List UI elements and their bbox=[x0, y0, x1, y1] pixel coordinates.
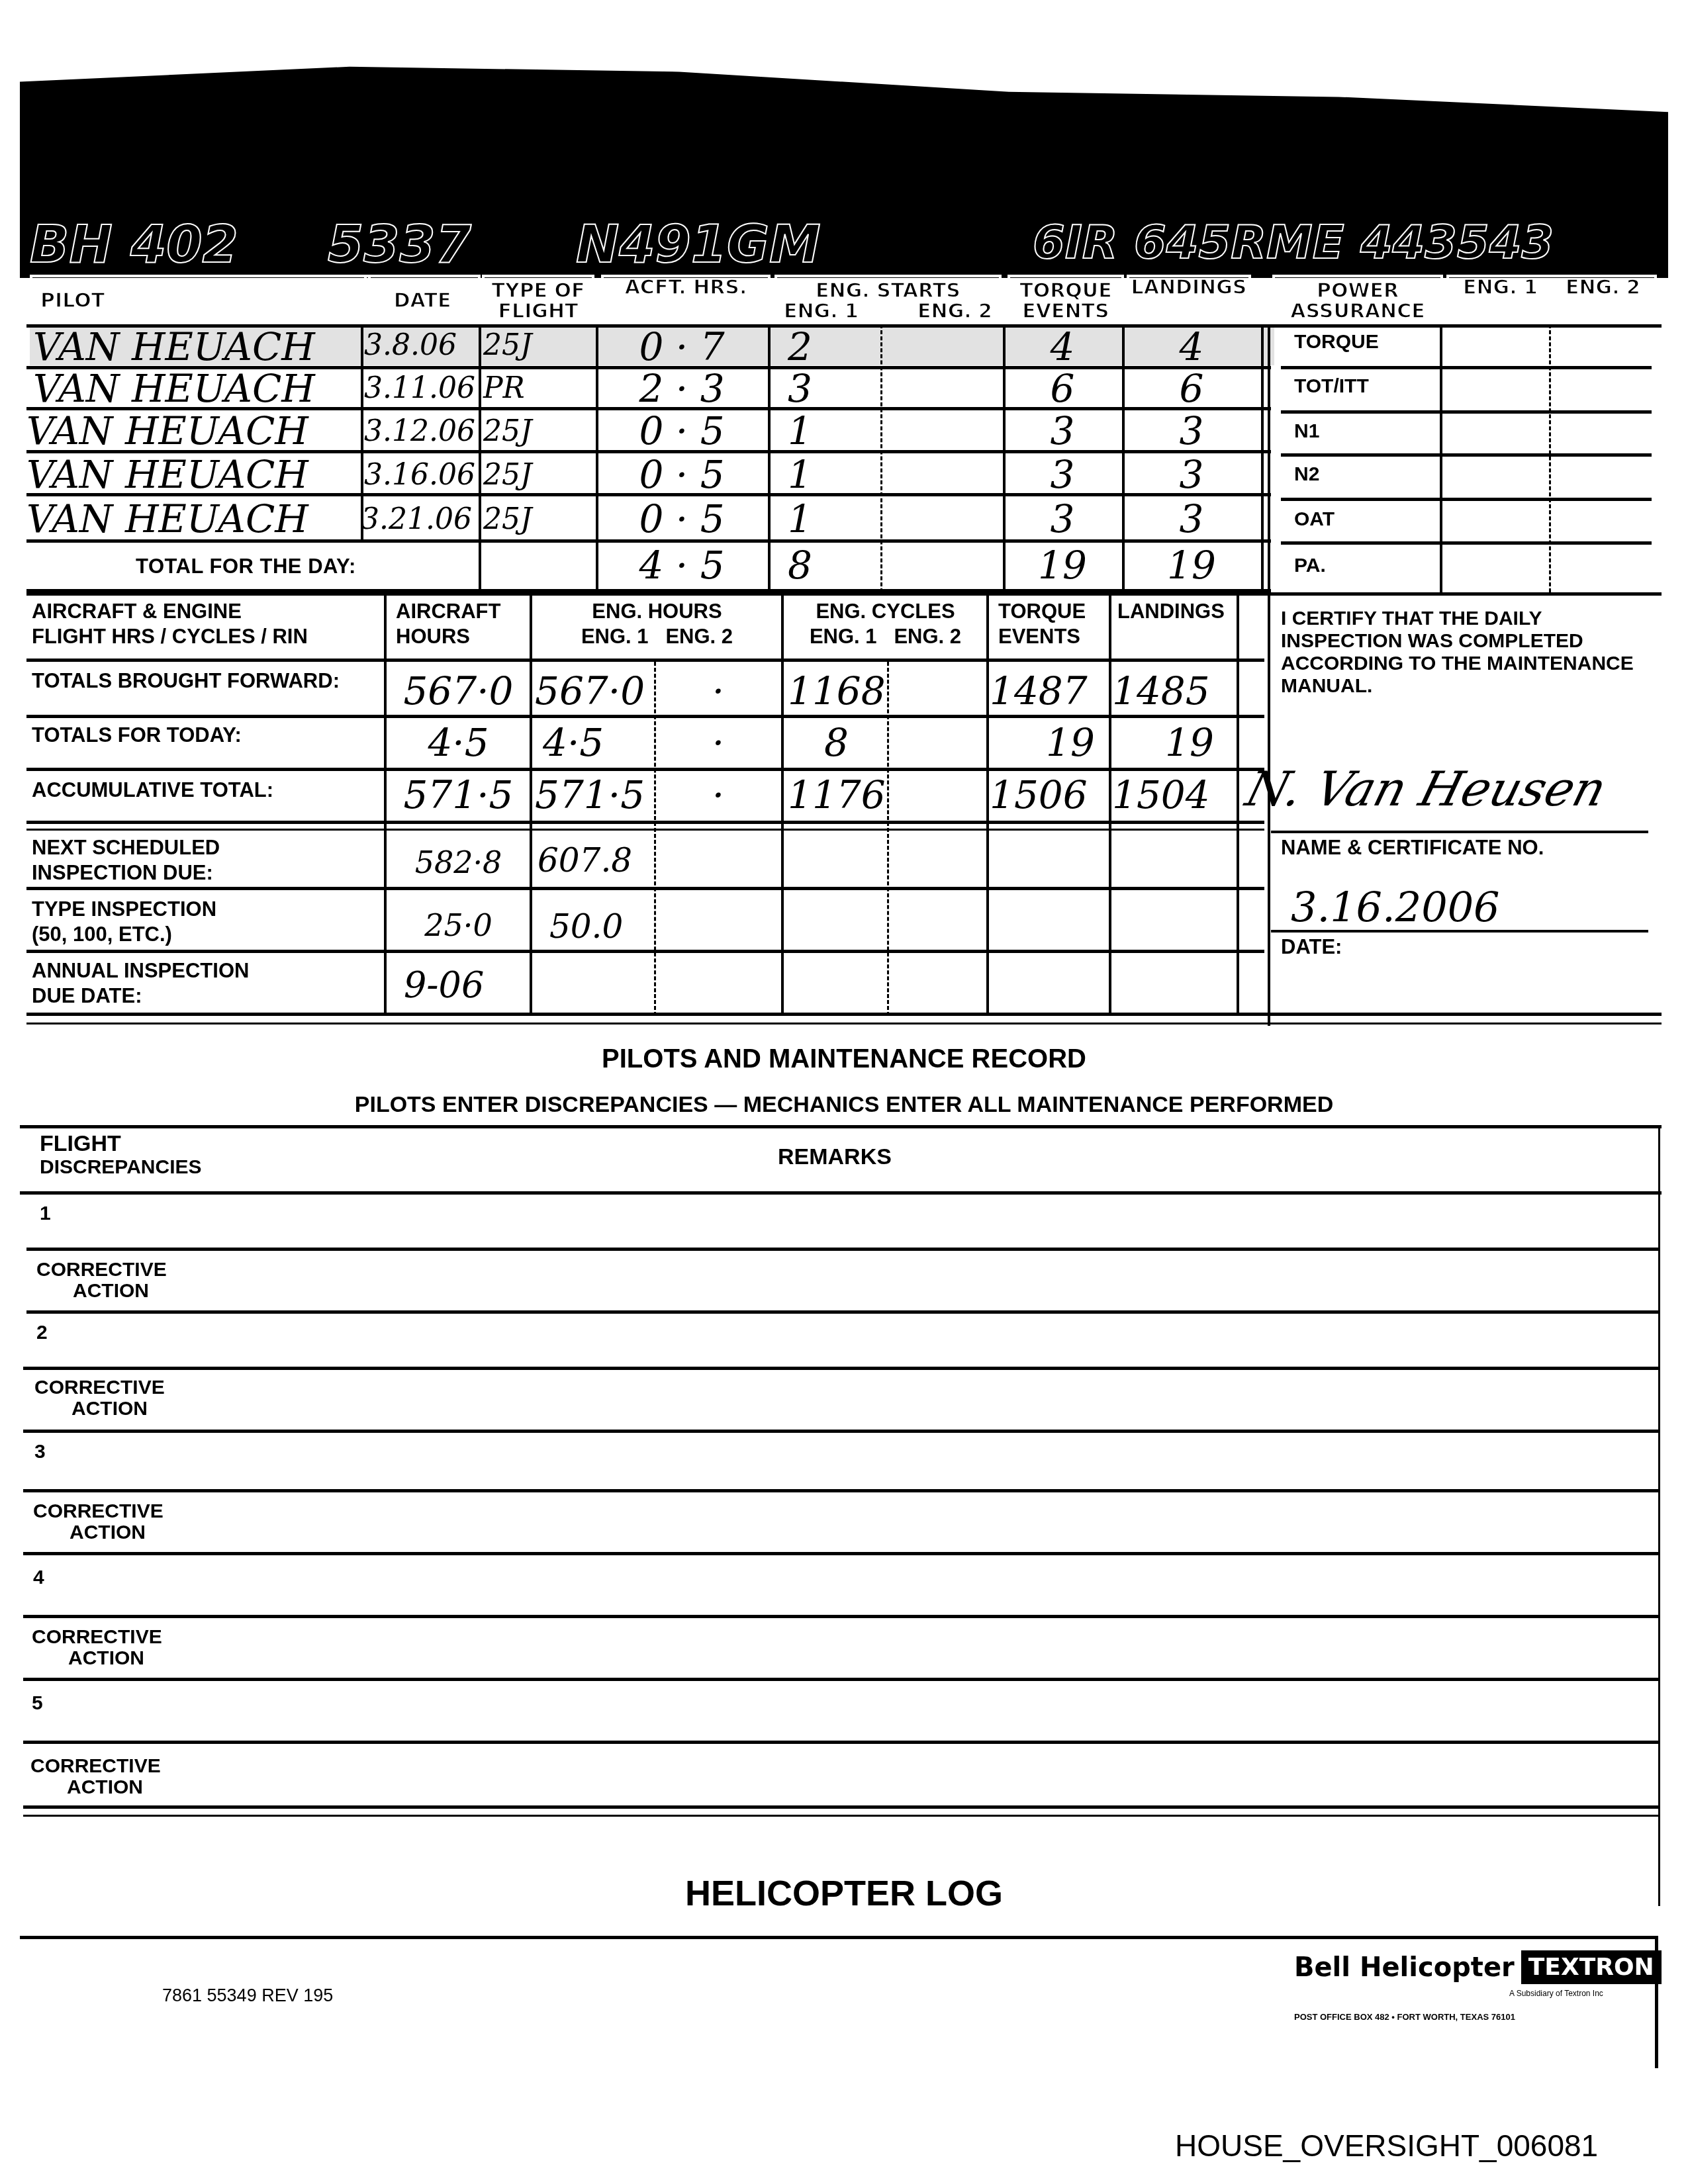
registration-field: N491GM bbox=[576, 215, 821, 275]
aircraft-hours-header: AIRCRAFT HOURS bbox=[396, 599, 500, 649]
eng1-cycles: 1176 bbox=[788, 776, 886, 814]
acft-hrs: 0 · 5 bbox=[599, 412, 765, 450]
aircraft-hours: 567·0 bbox=[387, 672, 530, 710]
eng-starts-label: ENG. STARTS bbox=[777, 281, 999, 302]
torque-events: 1487 bbox=[990, 672, 1088, 710]
form-number: 7861 55349 REV 195 bbox=[162, 1985, 333, 2006]
eng1-starts: 1 bbox=[788, 500, 812, 538]
eng1-hours: 50.0 bbox=[549, 910, 623, 943]
pa-oat-label: OAT bbox=[1294, 508, 1335, 531]
discrepancy-number: 3 bbox=[34, 1439, 46, 1464]
totals-label-header: AIRCRAFT & ENGINE FLIGHT HRS / CYCLES / … bbox=[32, 599, 308, 649]
discrepancy-number: 5 bbox=[32, 1691, 43, 1715]
torque-events: 3 bbox=[1006, 500, 1119, 538]
col-date-header: DATE bbox=[364, 275, 481, 328]
maintenance-record-title: PILOTS AND MAINTENANCE RECORD bbox=[0, 1044, 1688, 1074]
acft-hrs: 0 · 5 bbox=[599, 500, 765, 538]
certification-statement: I CERTIFY THAT THE DAILY INSPECTION WAS … bbox=[1281, 608, 1652, 698]
landings: 1485 bbox=[1112, 672, 1210, 710]
eng-starts-eng2-label: ENG. 2 bbox=[917, 301, 992, 322]
action-label: ACTION bbox=[67, 1775, 143, 1799]
acft-hrs: 0 · 5 bbox=[599, 455, 765, 494]
pa-n1-label: N1 bbox=[1294, 420, 1319, 443]
eng-hours-subheader: ENG. 1 ENG. 2 bbox=[533, 624, 781, 649]
discrepancy-number: 2 bbox=[36, 1320, 48, 1345]
pa-torque-label: TORQUE bbox=[1294, 331, 1379, 353]
discrepancies-col-label: DISCREPANCIES bbox=[40, 1155, 201, 1179]
action-label: ACTION bbox=[68, 1646, 144, 1670]
discrepancy-number: 1 bbox=[40, 1201, 51, 1226]
eng2-hours: · bbox=[655, 776, 781, 814]
form-title: HELICOPTER LOG bbox=[0, 1873, 1688, 1914]
landings: 3 bbox=[1125, 500, 1258, 538]
aircraft-hours: 4·5 bbox=[387, 723, 530, 762]
inspector-signature: N. Van Heusen bbox=[1241, 761, 1613, 817]
eng-hours-header: ENG. HOURS bbox=[533, 599, 781, 624]
pa-eng1-label: ENG. 1 bbox=[1463, 277, 1538, 298]
aircraft-hours: 582·8 bbox=[387, 847, 530, 878]
landings: 4 bbox=[1125, 328, 1258, 366]
landings: 3 bbox=[1125, 455, 1258, 494]
pilot-name: VAN HEUACH bbox=[26, 500, 308, 538]
eng1-starts: 3 bbox=[788, 369, 812, 408]
textron-box: TEXTRON bbox=[1521, 1950, 1662, 1984]
maintenance-record-subtitle: PILOTS ENTER DISCREPANCIES — MECHANICS E… bbox=[0, 1092, 1688, 1118]
total-landings: 19 bbox=[1125, 546, 1258, 584]
action-label: ACTION bbox=[70, 1520, 146, 1545]
row-label: NEXT SCHEDULED INSPECTION DUE: bbox=[32, 835, 220, 886]
pa-eng2-label: ENG. 2 bbox=[1566, 277, 1640, 298]
col-torque-header: TORQUE EVENTS bbox=[1008, 275, 1124, 328]
flight-type: 25J bbox=[483, 331, 532, 360]
action-label: ACTION bbox=[73, 1279, 149, 1303]
pilot-name: VAN HEUACH bbox=[33, 328, 315, 366]
flight-col-label: FLIGHT bbox=[40, 1132, 121, 1156]
col-landings-header: LANDINGS bbox=[1127, 275, 1251, 328]
total-for-day-label: TOTAL FOR THE DAY: bbox=[136, 555, 356, 578]
pa-n2-label: N2 bbox=[1294, 463, 1319, 486]
date-label: DATE: bbox=[1281, 934, 1342, 960]
engine-serial-field: 6IR 645RME 443543 bbox=[1033, 215, 1554, 269]
discrepancy-number: 4 bbox=[33, 1565, 44, 1590]
total-torque: 19 bbox=[1006, 546, 1119, 584]
landings: 3 bbox=[1125, 412, 1258, 450]
eng2-hours: · bbox=[655, 723, 781, 762]
torque-events: 4 bbox=[1006, 328, 1119, 366]
acft-hrs: 0 · 7 bbox=[599, 328, 765, 366]
eng1-hours: 607.8 bbox=[538, 844, 632, 877]
certification-date: 3.16.2006 bbox=[1291, 887, 1500, 928]
eng1-cycles: 8 bbox=[824, 723, 849, 762]
row-label: TYPE INSPECTION (50, 100, ETC.) bbox=[32, 897, 216, 947]
col-type-header: TYPE OF FLIGHT bbox=[482, 275, 594, 328]
landings: 1504 bbox=[1112, 776, 1210, 814]
model-field: BH 402 bbox=[30, 215, 238, 275]
bates-number: HOUSE_OVERSIGHT_006081 bbox=[1175, 2128, 1598, 2163]
pa-pa-label: PA. bbox=[1294, 555, 1326, 577]
aircraft-hours: 571·5 bbox=[387, 776, 530, 814]
col-pa-eng-header: ENG. 1 ENG. 2 bbox=[1446, 275, 1657, 328]
flight-type: 25J bbox=[483, 461, 532, 490]
row-label: TOTALS BROUGHT FORWARD: bbox=[32, 668, 340, 694]
flight-date: 3.12.06 bbox=[364, 417, 475, 446]
bell-textron-logo: Bell Helicopter TEXTRON bbox=[1294, 1949, 1662, 1985]
flight-type: PR bbox=[483, 374, 525, 403]
aircraft-hours: 25·0 bbox=[387, 910, 530, 940]
torque-events: 3 bbox=[1006, 412, 1119, 450]
aircraft-hours: 9-06 bbox=[404, 968, 484, 1003]
row-label: ANNUAL INSPECTION DUE DATE: bbox=[32, 958, 249, 1009]
eng-cycles-header: ENG. CYCLES bbox=[784, 599, 986, 624]
col-eng-starts-header: ENG. STARTS ENG. 1 ENG. 2 bbox=[774, 275, 1002, 328]
eng1-starts: 1 bbox=[788, 455, 812, 494]
eng1-cycles: 1168 bbox=[788, 672, 886, 710]
eng-cycles-subheader: ENG. 1 ENG. 2 bbox=[784, 624, 986, 649]
action-label: ACTION bbox=[71, 1396, 148, 1421]
torque-events: 3 bbox=[1006, 455, 1119, 494]
eng2-hours: · bbox=[655, 672, 781, 710]
torque-events: 19 bbox=[1046, 723, 1095, 762]
flight-date: 3.21.06 bbox=[361, 505, 472, 534]
row-label: TOTALS FOR TODAY: bbox=[32, 723, 242, 748]
pilot-name: VAN HEUACH bbox=[26, 412, 308, 450]
flight-date: 3.16.06 bbox=[364, 461, 475, 490]
col-power-assurance-header: POWER ASSURANCE bbox=[1272, 275, 1443, 328]
eng-starts-eng1-label: ENG. 1 bbox=[784, 301, 859, 322]
flight-type: 25J bbox=[483, 417, 532, 446]
flight-date: 3.11.06 bbox=[364, 374, 475, 403]
serial-field: 5337 bbox=[328, 215, 471, 275]
torque-events-header: TORQUE EVENTS bbox=[998, 599, 1086, 649]
eng1-hours: 567·0 bbox=[535, 672, 645, 710]
eng1-hours: 4·5 bbox=[543, 723, 604, 762]
address-text: POST OFFICE BOX 482 • FORT WORTH, TEXAS … bbox=[1294, 2012, 1515, 2022]
landings: 19 bbox=[1165, 723, 1214, 762]
col-acft-hrs-header: ACFT. HRS. bbox=[601, 275, 771, 328]
flight-type: 25J bbox=[483, 505, 532, 534]
total-acft-hrs: 4 · 5 bbox=[599, 546, 765, 584]
pilot-name: VAN HEUACH bbox=[26, 455, 308, 494]
landings: 6 bbox=[1125, 369, 1258, 408]
torque-events: 1506 bbox=[990, 776, 1088, 814]
torque-events: 6 bbox=[1006, 369, 1119, 408]
col-pilot-header: PILOT bbox=[30, 275, 371, 328]
acft-hrs: 2 · 3 bbox=[599, 369, 765, 408]
flight-date: 3.8.06 bbox=[364, 331, 457, 360]
eng1-hours: 571·5 bbox=[535, 776, 645, 814]
remarks-col-label: REMARKS bbox=[778, 1145, 892, 1169]
pa-tot-itt-label: TOT/ITT bbox=[1294, 375, 1369, 398]
landings-header: LANDINGS bbox=[1117, 599, 1225, 624]
eng1-starts: 2 bbox=[788, 328, 812, 366]
total-eng1-starts: 8 bbox=[788, 546, 812, 584]
brand-name: Bell Helicopter bbox=[1294, 1952, 1515, 1983]
eng1-starts: 1 bbox=[788, 412, 812, 450]
pilot-name: VAN HEUACH bbox=[33, 369, 315, 408]
subsidiary-text: A Subsidiary of Textron Inc bbox=[1509, 1989, 1603, 1998]
row-label: ACCUMULATIVE TOTAL: bbox=[32, 778, 273, 803]
name-certificate-label: NAME & CERTIFICATE NO. bbox=[1281, 835, 1544, 860]
